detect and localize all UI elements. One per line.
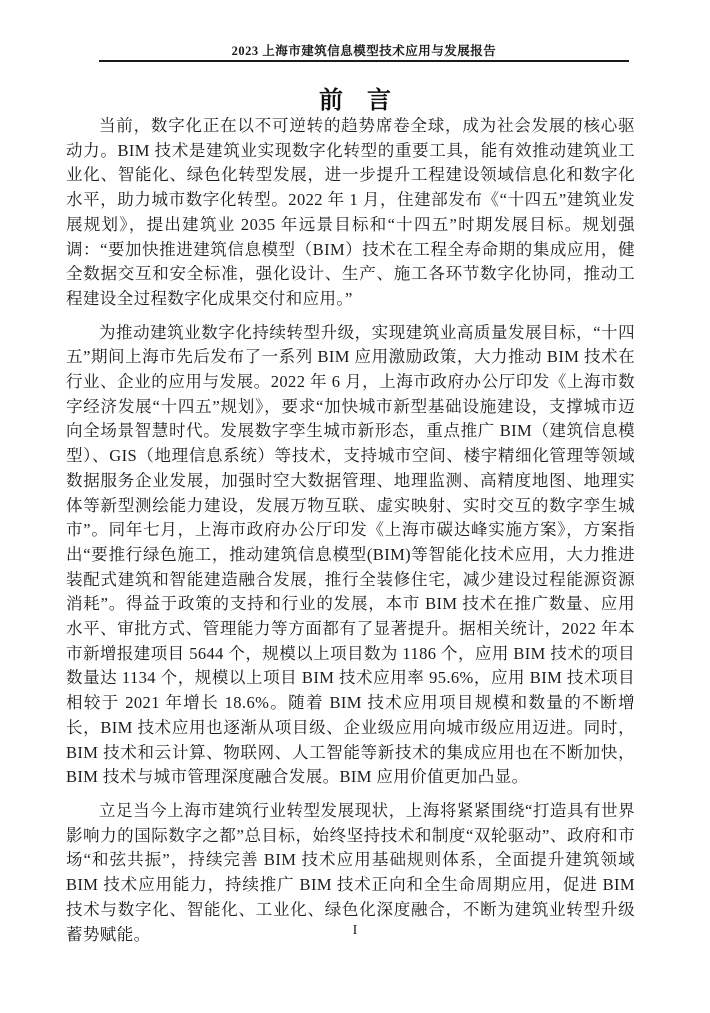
header-rule: [99, 60, 629, 62]
preface-title: 前 言: [0, 80, 710, 115]
preface-paragraph: 为推动建筑业数字化持续转型升级，实现建筑业高质量发展目标，“十四五”期间上海市先…: [66, 321, 635, 790]
document-page: 2023 上海市建筑信息模型技术应用与发展报告 前 言 当前，数字化正在以不可逆…: [0, 0, 710, 1013]
running-header: 2023 上海市建筑信息模型技术应用与发展报告: [99, 41, 629, 59]
preface-paragraph: 当前，数字化正在以不可逆转的趋势席卷全球，成为社会发展的核心驱动力。BIM 技术…: [66, 114, 635, 312]
page-number: I: [0, 923, 710, 939]
preface-body: 当前，数字化正在以不可逆转的趋势席卷全球，成为社会发展的核心驱动力。BIM 技术…: [66, 114, 635, 956]
